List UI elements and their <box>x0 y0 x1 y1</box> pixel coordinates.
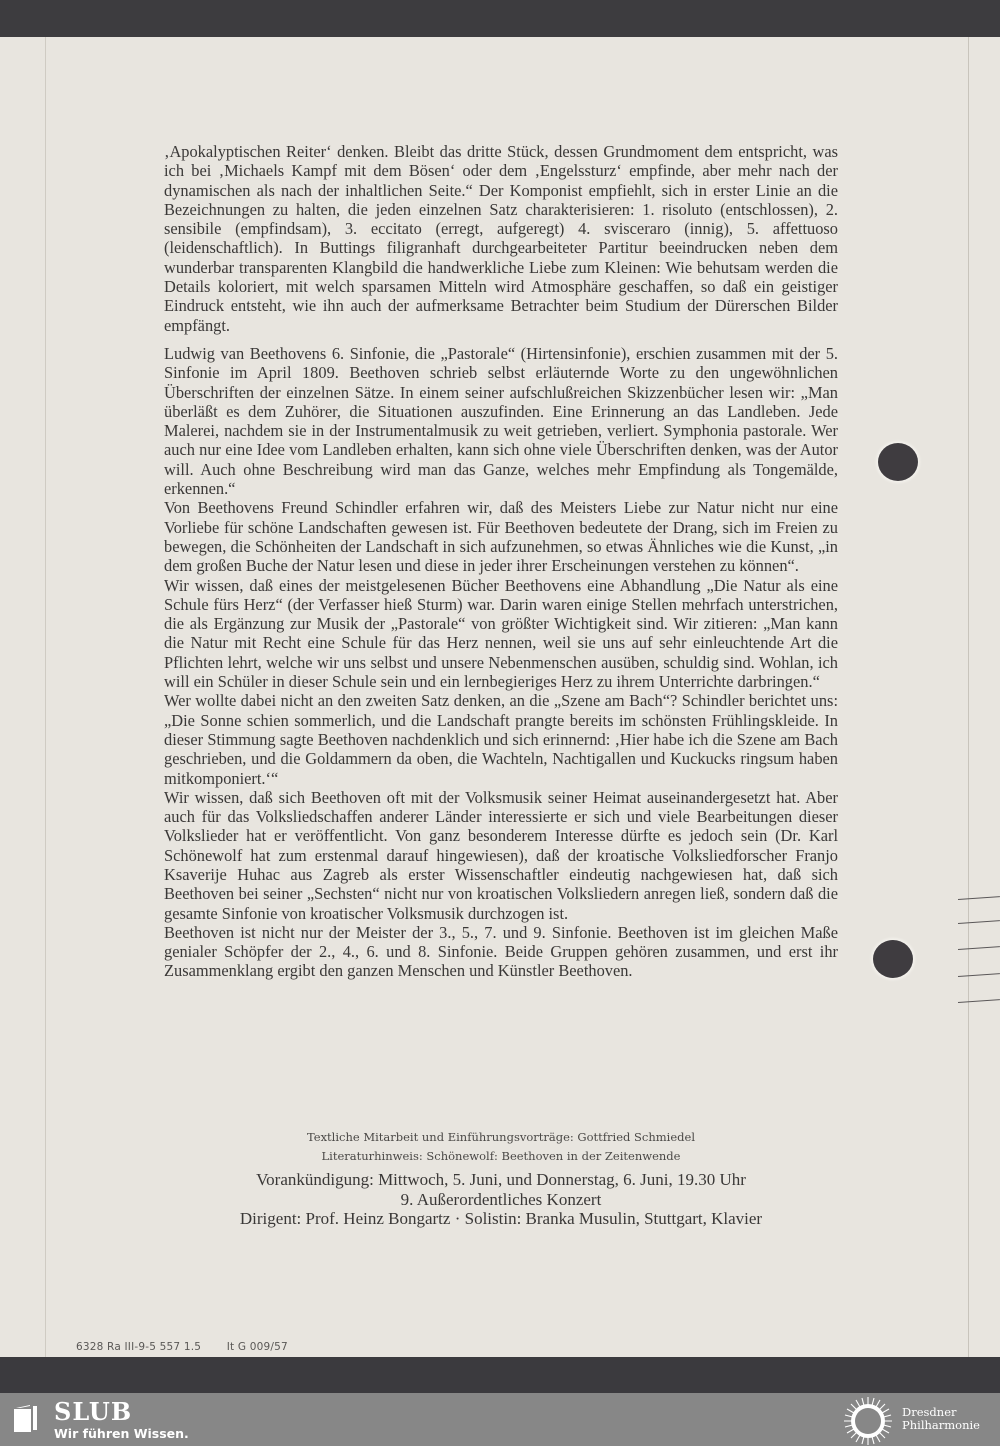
print-code-right: It G 009/57 <box>227 1341 288 1353</box>
paragraph: Ludwig van Beethovens 6. Sinfonie, die „… <box>164 344 838 498</box>
edge-mark <box>958 946 1000 950</box>
philharmonie-sunburst-icon <box>843 1396 893 1446</box>
edge-mark <box>958 920 1000 924</box>
paragraph: Wer wollte dabei nicht an den zweiten Sa… <box>164 691 838 787</box>
paragraph: Wir wissen, daß eines der meistgelesenen… <box>164 576 838 692</box>
paragraph: Wir wissen, daß sich Beethoven oft mit d… <box>164 788 838 923</box>
punch-hole-upper <box>878 443 918 481</box>
article-body: ‚Apokalyptischen Reiter‘ denken. Bleibt … <box>164 142 838 981</box>
scan-bottom-border <box>0 1357 1000 1393</box>
edge-mark <box>958 999 1000 1003</box>
announcement-date: Vorankündigung: Mittwoch, 5. Juni, und D… <box>164 1170 838 1190</box>
paragraph: Beethoven ist nicht nur der Meister der … <box>164 923 838 981</box>
announcement-performers: Dirigent: Prof. Heinz Bongartz · Solisti… <box>164 1209 838 1229</box>
scan-top-border <box>0 0 1000 37</box>
fold-line-right <box>968 37 969 1357</box>
fold-line-left <box>45 37 46 1357</box>
credits-text-collaboration: Textliche Mitarbeit und Einführungsvortr… <box>164 1128 838 1147</box>
punch-hole-lower <box>873 940 913 978</box>
edge-mark <box>958 973 1000 977</box>
slub-logo-text: SLUB <box>54 1397 132 1426</box>
footer-bar: SLUB Wir führen Wissen. Dresdner Philhar… <box>0 1393 1000 1446</box>
concert-announcement: Vorankündigung: Mittwoch, 5. Juni, und D… <box>164 1170 838 1229</box>
edge-mark <box>958 896 1000 900</box>
paragraph: ‚Apokalyptischen Reiter‘ denken. Bleibt … <box>164 142 838 335</box>
credits: Textliche Mitarbeit und Einführungsvortr… <box>164 1128 838 1166</box>
slub-tagline: Wir führen Wissen. <box>54 1426 189 1441</box>
philharmonie-logo-text: Dresdner Philharmonie <box>902 1406 980 1432</box>
philharmonie-logo-line2: Philharmonie <box>902 1419 980 1432</box>
credits-literature: Literaturhinweis: Schönewolf: Beethoven … <box>164 1147 838 1166</box>
document-page: ‚Apokalyptischen Reiter‘ denken. Bleibt … <box>0 37 1000 1357</box>
print-code-left: 6328 Ra III-9-5 557 1.5 <box>76 1341 201 1353</box>
print-code: 6328 Ra III-9-5 557 1.5 It G 009/57 <box>76 1341 288 1353</box>
slub-book-icon <box>14 1403 40 1433</box>
paragraph: Von Beethovens Freund Schindler erfahren… <box>164 498 838 575</box>
announcement-title: 9. Außerordentliches Konzert <box>164 1190 838 1210</box>
